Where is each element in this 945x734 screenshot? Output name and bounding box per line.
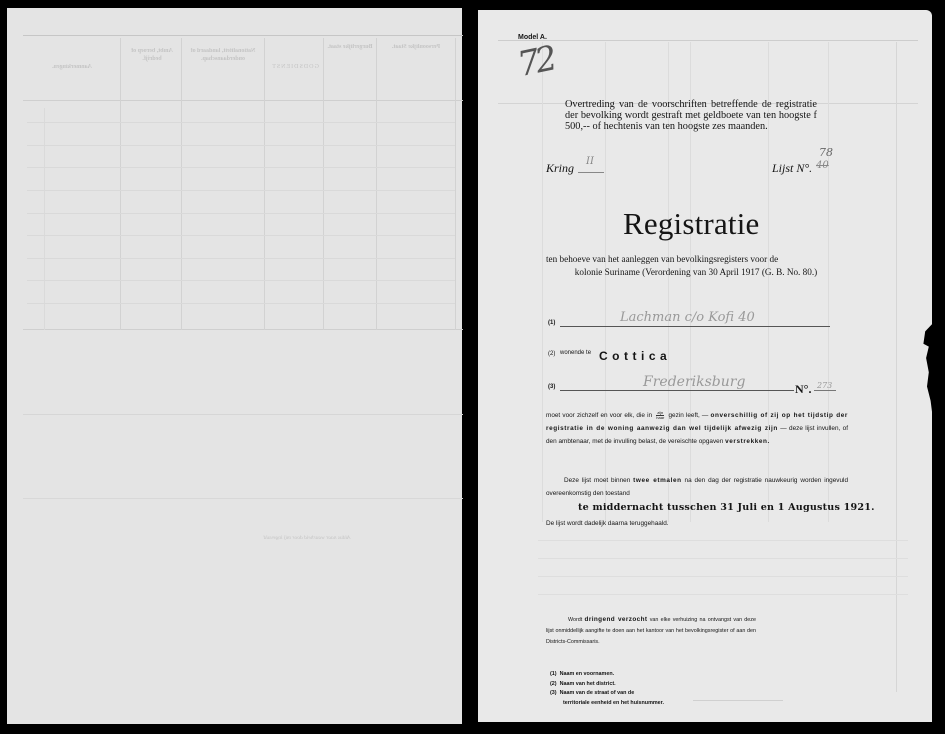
footnotes: (1) Naam en voornamen. (2) Naam van het … — [550, 670, 664, 708]
footnote-2: (2) Naam van het district. — [550, 680, 664, 690]
lijst-struck-value: 40 — [816, 160, 829, 171]
ghost-col-line — [376, 38, 377, 330]
subtitle-line-1: ten behoeve van het aanleggen van bevolk… — [546, 254, 778, 264]
ghost-row-rule — [27, 213, 455, 214]
ghost-row-rule — [27, 145, 455, 146]
ghost-header-remarks: Aanmerkingen. — [37, 64, 107, 72]
ghost-col-line — [455, 38, 456, 330]
instruction-text: moet voor zichzelf en voor elk, die in — [546, 412, 652, 419]
footnote-text: Naam en voornamen. — [560, 671, 615, 677]
ghost-col-line — [323, 38, 324, 330]
footnote-num: (2) — [550, 681, 557, 687]
house-number-line — [814, 390, 836, 391]
ghost-col-line — [542, 42, 543, 522]
ghost-row-rule — [27, 190, 455, 191]
lijst-label: Lijst N°. — [772, 161, 812, 176]
ghost-rule — [538, 576, 908, 577]
ghost-col-line — [44, 108, 45, 330]
torn-edge — [918, 320, 936, 415]
ghost-rule — [538, 558, 908, 559]
deadline-paragraph: Deze lijst moet binnen twee etmalen na d… — [546, 474, 848, 500]
ghost-header-nationality: Nationaliteit, landaard of onderdaanscha… — [187, 48, 259, 64]
field-2-label: (2) — [548, 351, 555, 357]
ghost-rule — [693, 700, 783, 701]
footnote-num: (3) — [550, 690, 557, 696]
ghost-row-rule — [27, 235, 455, 236]
ghost-row-rule — [27, 167, 455, 168]
subtitle: ten behoeve van het aanleggen van bevolk… — [546, 253, 846, 279]
footnote-3: (3) Naam van de straat of van de — [550, 689, 664, 699]
ghost-footer-text: Aldus naar waarheid door mij ingevuld — [237, 535, 377, 542]
footnote-3-continued: territoriale eenheid en het huisnummer. — [550, 699, 664, 709]
district-value: Cottica — [599, 349, 671, 363]
ghost-table-header-rule — [23, 100, 463, 101]
registration-date: te middernacht tusschen 31 Juli en 1 Aug… — [578, 502, 875, 513]
ghost-row-rule — [27, 122, 455, 123]
moving-notice: Wordt dringend verzocht van elke verhuiz… — [546, 614, 756, 648]
ghost-col-line — [828, 42, 829, 522]
house-number-label: N°. — [795, 382, 811, 397]
instruction-text: gezin leeft, — — [668, 412, 708, 419]
deadline-text: Deze lijst moet binnen — [564, 477, 630, 484]
ghost-rule — [498, 40, 918, 41]
ghost-header-profession: Ambt, beroep of bedrijf. — [127, 48, 177, 64]
ghost-col-line — [181, 38, 182, 330]
instruction-paragraph: moet voor zichzelf en voor elk, die in z… — [546, 409, 848, 448]
ghost-rule — [23, 414, 463, 415]
footnote-num: (1) — [550, 671, 557, 677]
left-page-reverse-side: Aanmerkingen. Ambt, beroep of bedrijf. N… — [7, 8, 462, 724]
ghost-rule — [23, 498, 463, 499]
field-1-label: (1) — [548, 320, 555, 326]
field-2-wonende-label: wonende te — [560, 350, 591, 356]
footnote-text: territoriale eenheid en het huisnummer. — [563, 700, 664, 706]
lijst-value: 78 — [819, 146, 833, 159]
notice-emphasis: dringend verzocht — [585, 616, 648, 623]
field-1-handwritten-name: Lachman c/o Kofi 40 — [620, 310, 755, 325]
kring-label: Kring — [546, 161, 574, 176]
collection-note: De lijst wordt dadelijk daarna teruggeha… — [546, 520, 669, 527]
footnote-text: Naam van het district. — [560, 681, 616, 687]
ghost-col-line — [120, 38, 121, 330]
field-1-line — [560, 326, 830, 327]
zijn-haar-fraction: zijnhaar — [656, 411, 664, 420]
kring-value: II — [586, 156, 594, 167]
ghost-row-rule — [27, 303, 455, 304]
page-title: Registratie — [623, 206, 760, 242]
ghost-col-line — [264, 38, 265, 330]
footnote-text: Naam van de straat of van de — [560, 690, 635, 696]
ghost-rule — [538, 594, 908, 595]
ghost-table-top-rule — [23, 35, 463, 36]
kring-underline — [578, 172, 604, 173]
fraction-bottom: haar — [656, 415, 664, 420]
deadline-emphasis: twee etmalen — [633, 477, 681, 484]
footnote-1: (1) Naam en voornamen. — [550, 670, 664, 680]
ghost-row-rule — [27, 258, 455, 259]
subtitle-line-2: kolonie Suriname (Verordening van 30 Apr… — [546, 266, 846, 279]
right-page-registration-form: Model A. 72 Overtreding van de voorschri… — [478, 10, 932, 722]
notice-text: Wordt — [568, 617, 582, 623]
ghost-table-bottom-rule — [23, 329, 463, 330]
ghost-header-personal-status: Persoonlijke Staat. — [379, 44, 453, 52]
instruction-emphasis: verstrekken. — [725, 438, 770, 445]
field-3-label: (3) — [548, 384, 555, 390]
field-3-line — [560, 390, 794, 391]
ghost-header-civil-status: Burgerlijke staat. — [325, 44, 375, 52]
ghost-header-religion: GODSDIENST — [269, 64, 321, 72]
house-number-value: 273 — [817, 381, 832, 390]
ghost-row-rule — [27, 280, 455, 281]
penalty-warning: Overtreding van de voorschriften betreff… — [565, 99, 817, 132]
street-handwritten-value: Frederiksburg — [643, 374, 745, 390]
ghost-rule — [538, 540, 908, 541]
handwritten-number: 72 — [514, 39, 557, 85]
